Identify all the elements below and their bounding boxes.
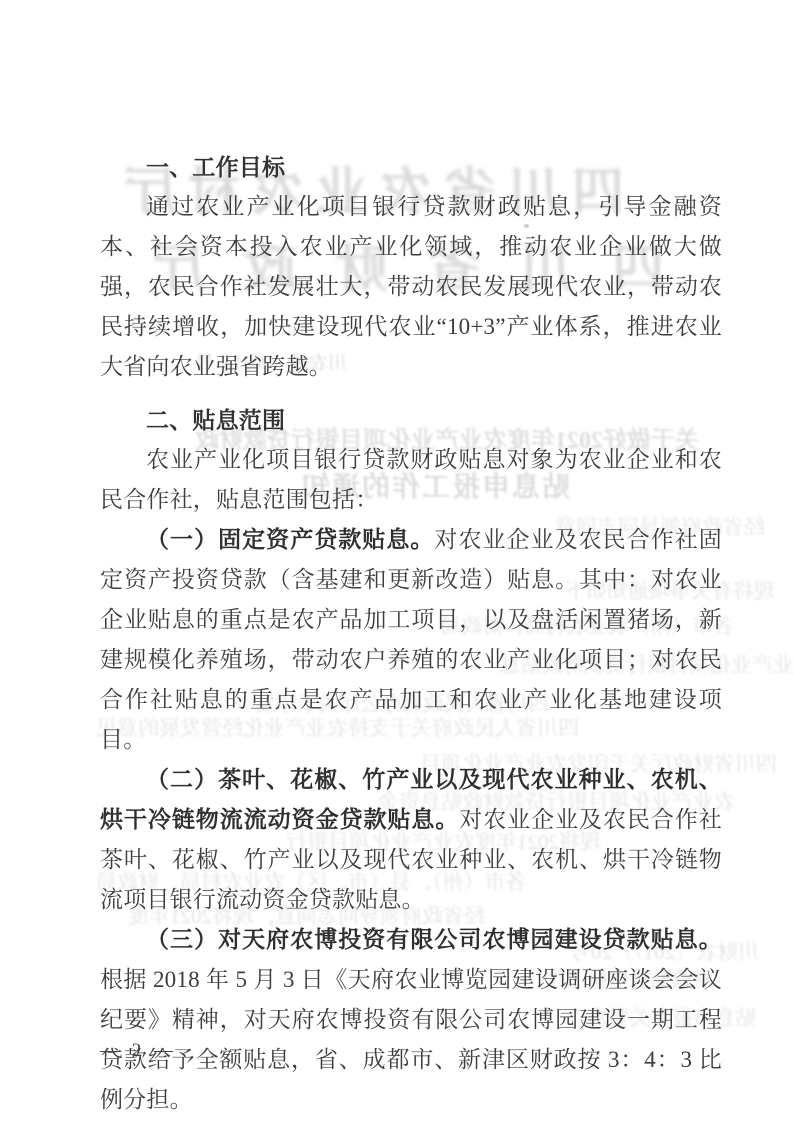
paragraph-item-1-fixed-asset: （一）固定资产贷款贴息。对农业企业及农民合作社固定资产投资贷款（含基建和更新改造… xyxy=(100,520,722,760)
paragraph-body: 通过农业产业化项目银行贷款财政贴息，引导金融资本、社会资本投入农业产业化领域，推… xyxy=(100,194,722,379)
paragraph-item-3-tianfu-expo: （三）对天府农博投资有限公司农博园建设贷款贴息。根据 2018 年 5 月 3 … xyxy=(100,920,722,1120)
paragraph-body: 根据 2018 年 5 月 3 日《天府农业博览园建设调研座谈会会议纪要》精神，… xyxy=(100,967,722,1112)
paragraph-scope-intro: 农业产业化项目银行贷款财政贴息对象为农业企业和农民合作社，贴息范围包括： xyxy=(100,440,722,520)
paragraph-work-objective: 通过农业产业化项目银行贷款财政贴息，引导金融资本、社会资本投入农业产业化领域，推… xyxy=(100,187,722,387)
section-1-heading: 一、工作目标 xyxy=(100,147,722,187)
paragraph-body: 农业产业化项目银行贷款财政贴息对象为农业企业和农民合作社，贴息范围包括： xyxy=(100,447,722,512)
document-body: 一、工作目标 通过农业产业化项目银行贷款财政贴息，引导金融资本、社会资本投入农业… xyxy=(100,147,722,1120)
paragraph-item-2-working-capital: （二）茶叶、花椒、竹产业以及现代农业种业、农机、烘干冷链物流流动资金贷款贴息。对… xyxy=(100,760,722,920)
section-2-heading: 二、贴息范围 xyxy=(100,400,722,440)
scanned-document-page: 四川省农业农村厅 四川省财政厅 川农函〔2021〕号 关于做好2021年度农业产… xyxy=(0,0,794,1122)
paragraph-lead: （一）固定资产贷款贴息。 xyxy=(146,527,434,552)
page-number: — 2 — xyxy=(100,1040,177,1062)
paragraph-lead: （三）对天府农博投资有限公司农博园建设贷款贴息。 xyxy=(146,927,722,952)
paragraph-body: 对农业企业及农民合作社固定资产投资贷款（含基建和更新改造）贴息。其中：对农业企业… xyxy=(100,527,722,752)
